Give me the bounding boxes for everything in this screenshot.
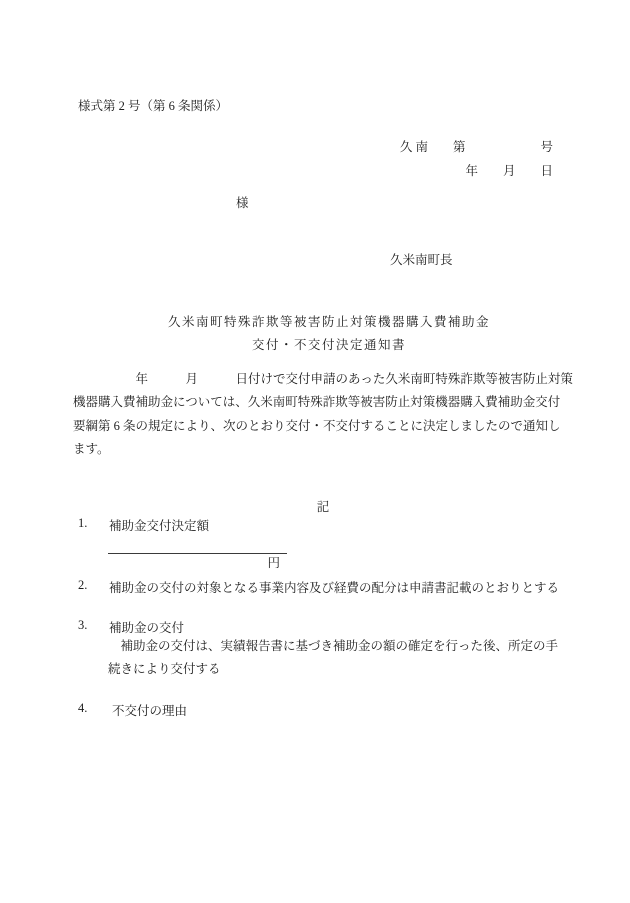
document-page: 様式第 2 号（第 6 条関係） 久 南 第 号 年 月 日 様 久米南町長 久…: [0, 0, 630, 903]
item-1-number: 1.: [78, 516, 109, 534]
amount-blank-field: 円: [108, 538, 287, 554]
form-number: 様式第 2 号（第 6 条関係）: [78, 96, 228, 114]
item-3-grant-payment: 3. 補助金の交付: [78, 618, 184, 636]
item-3-body-line: 続きにより交付する: [108, 658, 573, 681]
item-2-grant-target: 2. 補助金の交付の対象となる事業内容及び経費の配分は申請書記載のとおりとする: [78, 578, 559, 596]
item-3-label: 補助金の交付: [109, 618, 184, 636]
item-4-nongrant-reason: 4. 不交付の理由: [78, 701, 187, 719]
body-paragraph-line: ます。: [73, 438, 573, 461]
body-paragraph: 年 月 日付けで交付申請のあった久米南町特殊詐欺等被害防止対策 機器購入費補助金…: [73, 368, 573, 462]
body-paragraph-line: 要綱第 6 条の規定により、次のとおり交付・不交付することに決定しましたので通知…: [73, 415, 573, 438]
sender-title: 久米南町長: [390, 250, 453, 268]
date-line: 年 月 日: [465, 161, 553, 179]
ki-marker: 記: [76, 497, 570, 515]
document-number-line: 久 南 第 号: [400, 137, 553, 155]
item-3-body: 補助金の交付は、実績報告書に基づき補助金の額の確定を行った後、所定の手 続きによ…: [108, 635, 573, 682]
document-title-line2: 交付・不交付決定通知書: [82, 335, 576, 353]
body-paragraph-line: 機器購入費補助金については、久米南町特殊詐欺等被害防止対策機器購入費補助金交付: [73, 391, 573, 414]
document-title-line1: 久米南町特殊詐欺等被害防止対策機器購入費補助金: [82, 312, 576, 330]
addressee-honorific: 様: [236, 193, 249, 211]
item-2-number: 2.: [78, 578, 109, 596]
amount-unit-label: 円: [267, 556, 280, 570]
item-4-number: 4.: [78, 701, 112, 719]
body-paragraph-line: 年 月 日付けで交付申請のあった久米南町特殊詐欺等被害防止対策: [73, 368, 573, 391]
item-3-body-line: 補助金の交付は、実績報告書に基づき補助金の額の確定を行った後、所定の手: [108, 635, 573, 658]
item-3-number: 3.: [78, 618, 109, 636]
item-1-label: 補助金交付決定額: [109, 516, 209, 534]
item-4-label: 不交付の理由: [112, 701, 187, 719]
item-2-label: 補助金の交付の対象となる事業内容及び経費の配分は申請書記載のとおりとする: [109, 578, 559, 596]
item-1-grant-decision-amount: 1. 補助金交付決定額: [78, 516, 209, 534]
